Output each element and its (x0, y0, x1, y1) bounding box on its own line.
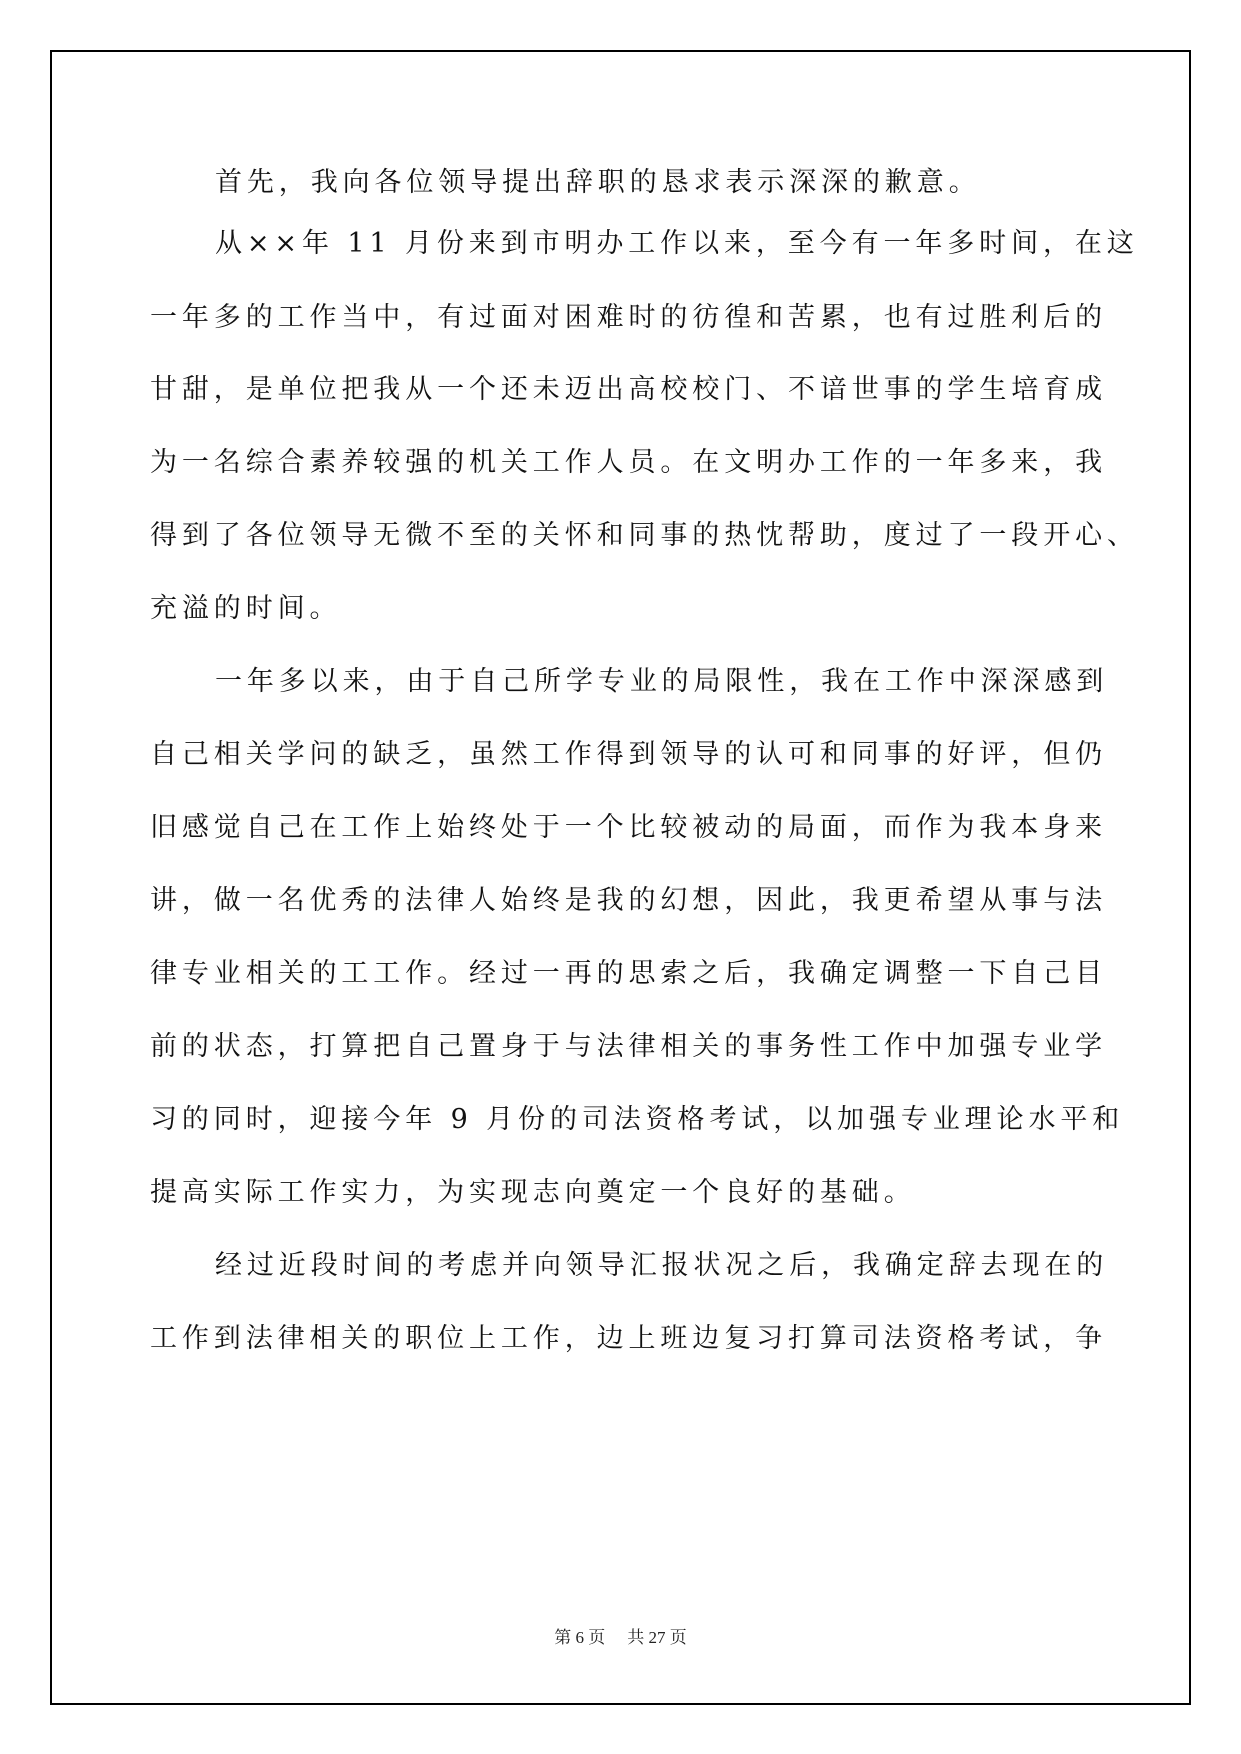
page-footer: 第 6 页共 27 页 (0, 1623, 1241, 1648)
paragraph-1-line-1: 首先，我向各位领导提出辞职的恳求表示深深的歉意。 (215, 163, 981, 203)
paragraph-2-line-3: 甘甜，是单位把我从一个还未迈出高校校门、不谙世事的学生培育成 (150, 370, 1107, 410)
paragraph-3-line-5: 律专业相关的工工作。经过一再的思索之后，我确定调整一下自己目 (150, 954, 1107, 994)
paragraph-4-line-1: 经过近段时间的考虑并向领导汇报状况之后，我确定辞去现在的 (215, 1246, 1108, 1286)
paragraph-2-line-1: 从××年 11 月份来到市明办工作以来，至今有一年多时间，在这 (215, 224, 1139, 264)
paragraph-4-line-2: 工作到法律相关的职位上工作，边上班边复习打算司法资格考试，争 (150, 1319, 1107, 1359)
paragraph-3-line-6: 前的状态，打算把自己置身于与法律相关的事务性工作中加强专业学 (150, 1027, 1107, 1067)
paragraph-3-line-7: 习的同时，迎接今年 9 月份的司法资格考试，以加强专业理论水平和 (150, 1100, 1124, 1140)
paragraph-2-line-6: 充溢的时间。 (150, 589, 341, 629)
paragraph-3-line-2: 自己相关学问的缺乏，虽然工作得到领导的认可和同事的好评，但仍 (150, 735, 1107, 775)
paragraph-2-line-4: 为一名综合素养较强的机关工作人员。在文明办工作的一年多来，我 (150, 443, 1107, 483)
current-page-label: 第 6 页 (554, 1623, 605, 1648)
paragraph-2-line-2: 一年多的工作当中，有过面对困难时的彷徨和苦累，也有过胜利后的 (150, 298, 1107, 338)
paragraph-3-line-8: 提高实际工作实力，为实现志向奠定一个良好的基础。 (150, 1173, 916, 1213)
paragraph-2-line-5: 得到了各位领导无微不至的关怀和同事的热忱帮助，度过了一段开心、 (150, 516, 1139, 556)
paragraph-3-line-4: 讲，做一名优秀的法律人始终是我的幻想，因此，我更希望从事与法 (150, 881, 1107, 921)
paragraph-3-line-1: 一年多以来，由于自己所学专业的局限性，我在工作中深深感到 (215, 662, 1108, 702)
paragraph-3-line-3: 旧感觉自己在工作上始终处于一个比较被动的局面，而作为我本身来 (150, 808, 1107, 848)
total-pages-label: 共 27 页 (627, 1623, 687, 1648)
